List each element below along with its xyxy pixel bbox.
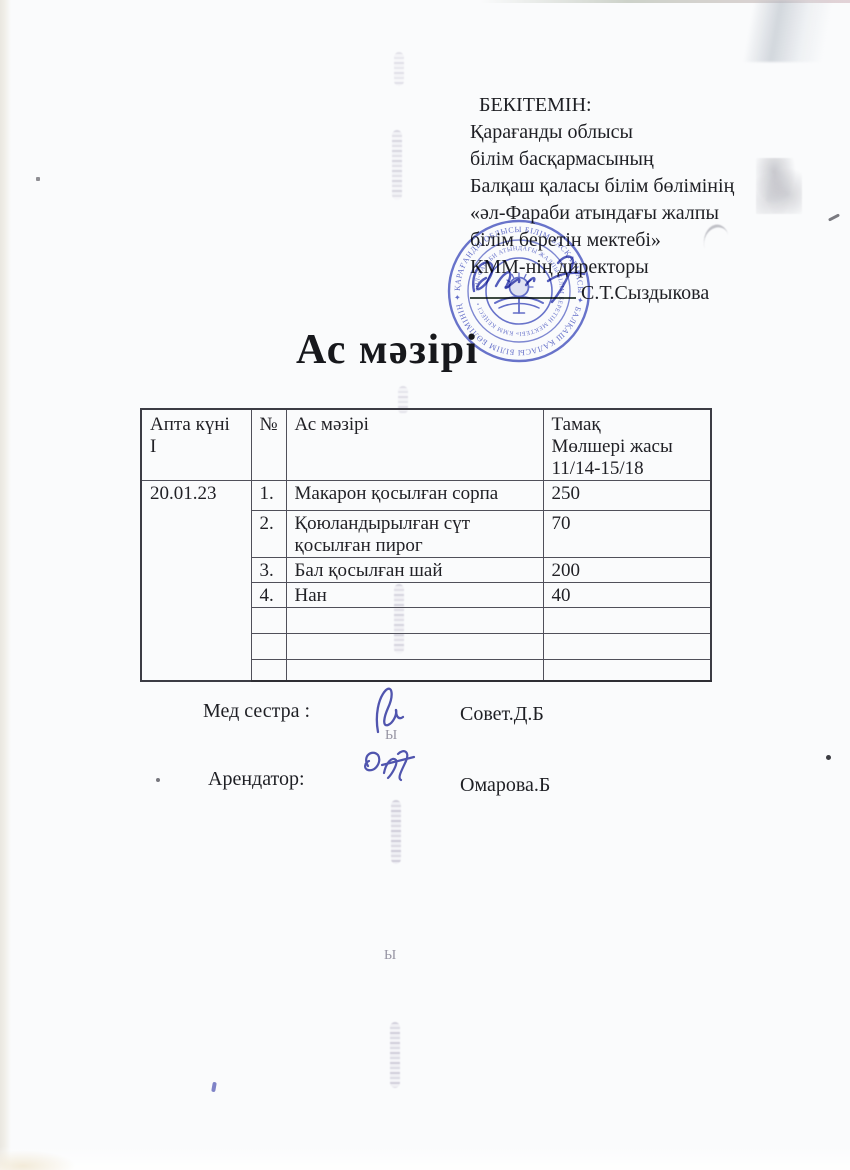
header-amount: Тамақ Мөлшері жасы 11/14-15/18 <box>543 409 711 481</box>
ink-dot <box>156 778 160 782</box>
menu-table: Апта күні I № Ас мәзірі Тамақ Мөлшері жа… <box>140 408 712 682</box>
dish-cell <box>286 660 543 681</box>
amount-cell: 200 <box>543 558 711 583</box>
dish-cell <box>286 634 543 660</box>
dish-cell: Макарон қосылған сорпа <box>286 481 543 511</box>
date-cell: 20.01.23 <box>141 481 251 681</box>
bleedthrough-mark <box>391 800 401 864</box>
director-name: С.Т.Сыздыкова <box>581 282 709 304</box>
approval-line: БЕКІТЕМІН: <box>470 92 780 119</box>
nurse-label: Мед сестра : <box>203 700 310 723</box>
ink-dot <box>826 755 831 760</box>
bleedthrough-mark <box>390 1022 400 1088</box>
num-cell: 1. <box>251 481 286 511</box>
bleedthrough-mark <box>392 130 402 200</box>
amount-cell: 40 <box>543 583 711 608</box>
renter-signature-stroke <box>354 746 420 788</box>
dish-cell: Бал қосылған шай <box>286 558 543 583</box>
renter-label: Арендатор: <box>208 768 305 791</box>
dish-cell <box>286 608 543 634</box>
paper-edge-left <box>0 0 11 1170</box>
num-cell <box>251 608 286 634</box>
ink-fleck <box>211 1082 217 1093</box>
num-cell: 2. <box>251 511 286 558</box>
amount-cell <box>543 608 711 634</box>
approval-line: Қарағанды облысы <box>470 119 780 146</box>
approval-line: Балқаш қаласы білім бөлімінің <box>470 173 780 200</box>
table-header-row: Апта күні I № Ас мәзірі Тамақ Мөлшері жа… <box>141 409 711 481</box>
dish-cell: Қоюландырылған сүт қосылған пирог <box>286 511 543 558</box>
bleedthrough-mark <box>394 52 404 86</box>
paper-edge-bottom <box>0 1146 850 1170</box>
approval-line: білім басқармасының <box>470 146 780 173</box>
nurse-name: Совет.Д.Б <box>460 703 544 726</box>
num-cell <box>251 634 286 660</box>
num-cell: 4. <box>251 583 286 608</box>
amount-cell <box>543 660 711 681</box>
table-row: 20.01.23 1. Макарон қосылған сорпа 250 <box>141 481 711 511</box>
renter-name: Омарова.Б <box>460 774 550 797</box>
ink-dash-mark <box>828 213 840 221</box>
header-day: Апта күні I <box>141 409 251 481</box>
nurse-signature-stroke <box>366 686 418 736</box>
header-menu: Ас мәзірі <box>286 409 543 481</box>
num-cell: 3. <box>251 558 286 583</box>
scanned-document-page: Ы Ы БЕКІТЕМІН: Қарағанды облысы білім ба… <box>0 0 850 1170</box>
amount-cell: 250 <box>543 481 711 511</box>
page-title: Ас мәзірі <box>296 326 479 374</box>
header-num: № <box>251 409 286 481</box>
amount-cell <box>543 634 711 660</box>
paper-speck <box>36 177 40 181</box>
num-cell <box>251 660 286 681</box>
paper-corner-shadow <box>688 0 850 62</box>
dish-cell: Нан <box>286 583 543 608</box>
amount-cell: 70 <box>543 511 711 558</box>
bleedthrough-letter: Ы <box>384 948 396 964</box>
paper-corner-stain <box>0 1150 76 1170</box>
director-signature-stroke <box>466 251 592 305</box>
